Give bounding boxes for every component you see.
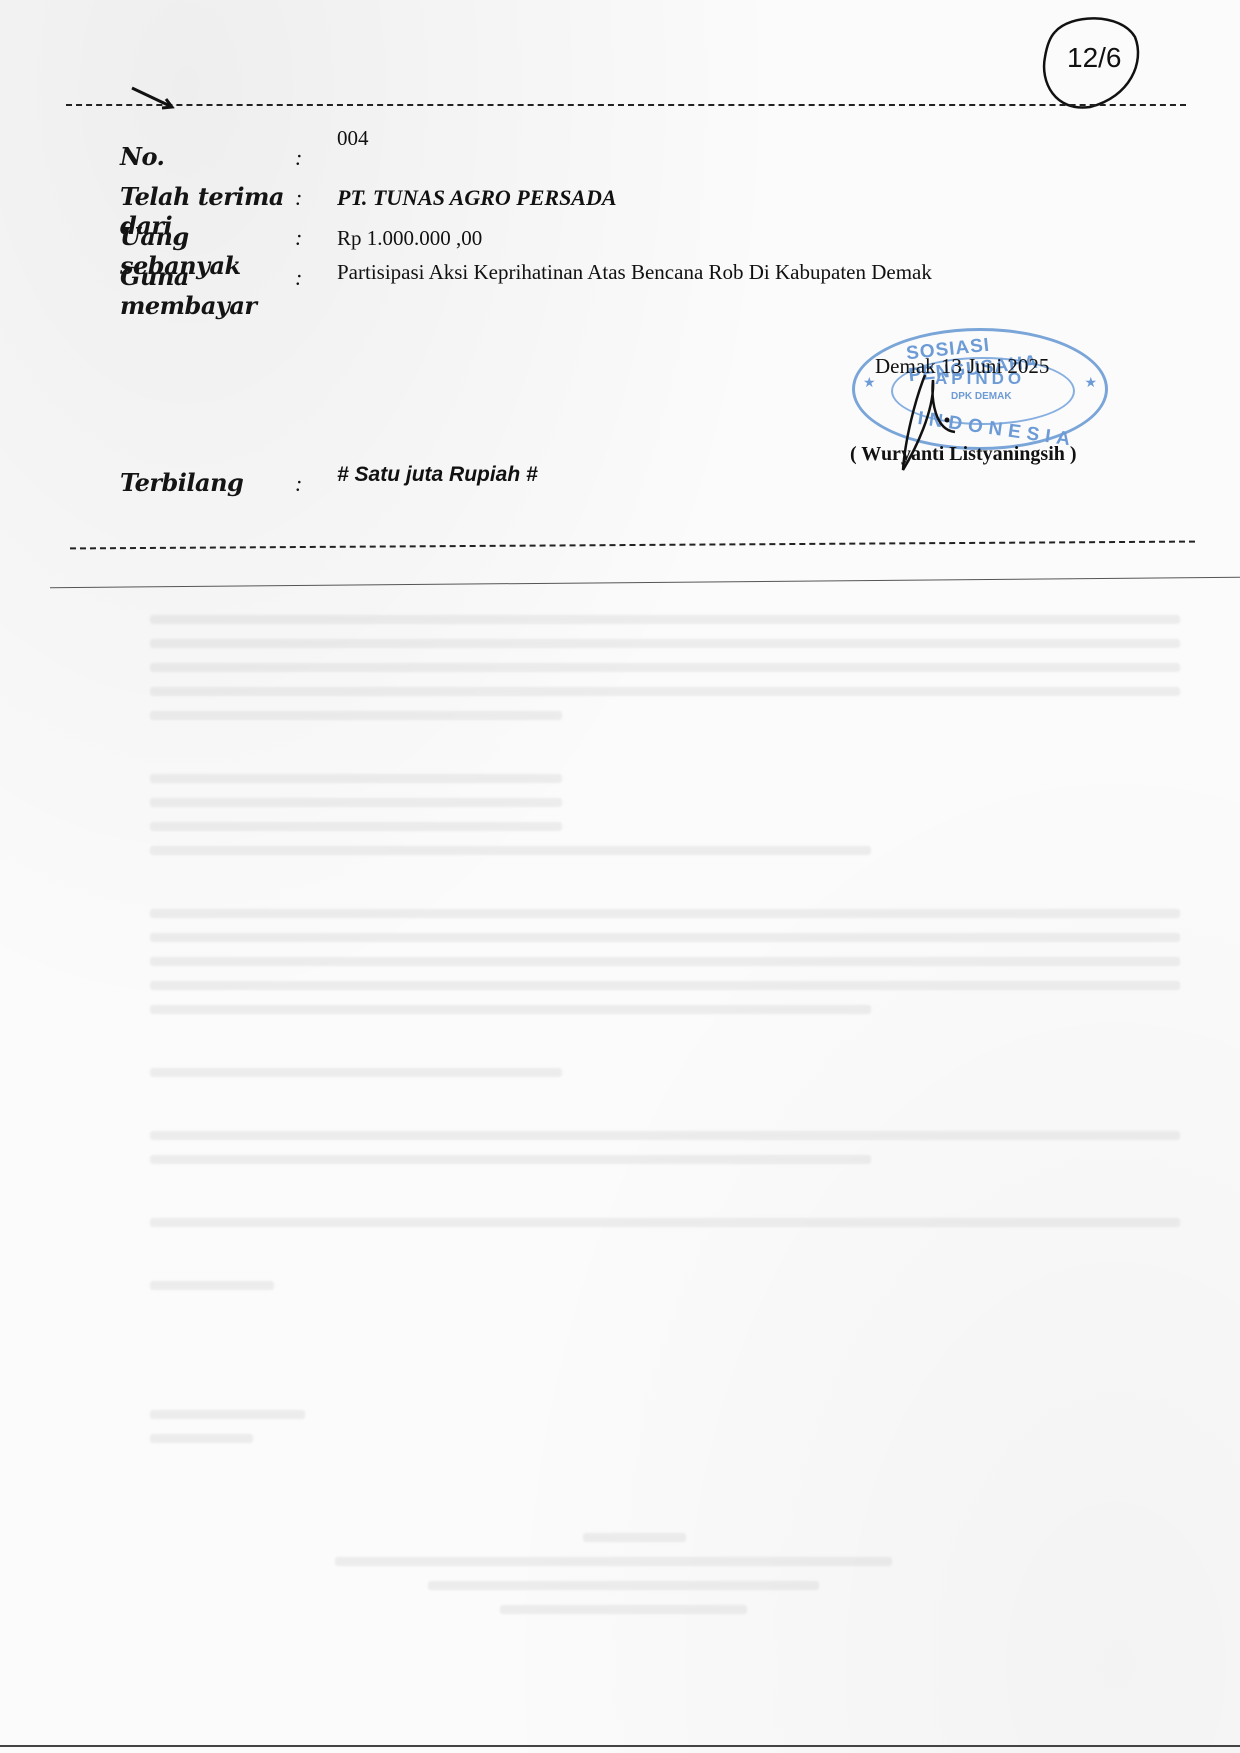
payer-name: PT. TUNAS AGRO PERSADA (337, 185, 617, 211)
page-bottom-edge (0, 1745, 1240, 1747)
field-terbilang: Terbilang : # Satu juta Rupiah # (120, 468, 538, 497)
field-colon: : (295, 185, 337, 211)
arrow-mark-icon (130, 86, 180, 116)
star-icon: ★ (1084, 375, 1097, 392)
field-label: Terbilang (120, 468, 295, 497)
handwritten-note-circle: 12/6 (1035, 12, 1145, 112)
field-colon: : (295, 471, 337, 497)
purpose-value: Partisipasi Aksi Keprihatinan Atas Benca… (337, 260, 932, 285)
field-no: No. : 004 (120, 142, 369, 171)
handwritten-note-text: 12/6 (1067, 42, 1122, 73)
field-purpose: Guna membayar : Partisipasi Aksi Kepriha… (120, 262, 932, 320)
field-colon: : (295, 265, 337, 291)
field-label: No. (120, 142, 295, 171)
apindo-stamp: SOSIASI PENGUSAHA APINDO DPK DEMAK INDON… (852, 328, 1108, 450)
cut-edge-line (50, 577, 1240, 588)
receipt-number: 004 (337, 126, 369, 151)
field-colon: : (295, 225, 337, 251)
field-colon: : (295, 145, 337, 171)
show-through-text (150, 600, 1180, 1629)
field-label: Guna membayar (120, 262, 295, 320)
top-dashed-divider (66, 104, 1186, 106)
star-icon: ★ (863, 375, 876, 392)
bottom-dashed-divider (70, 541, 1195, 550)
signer-name: ( Wuryanti Listyaningsih ) (850, 443, 1077, 466)
amount-value: Rp 1.000.000 ,00 (337, 226, 482, 251)
amount-in-words: # Satu juta Rupiah # (337, 463, 538, 487)
